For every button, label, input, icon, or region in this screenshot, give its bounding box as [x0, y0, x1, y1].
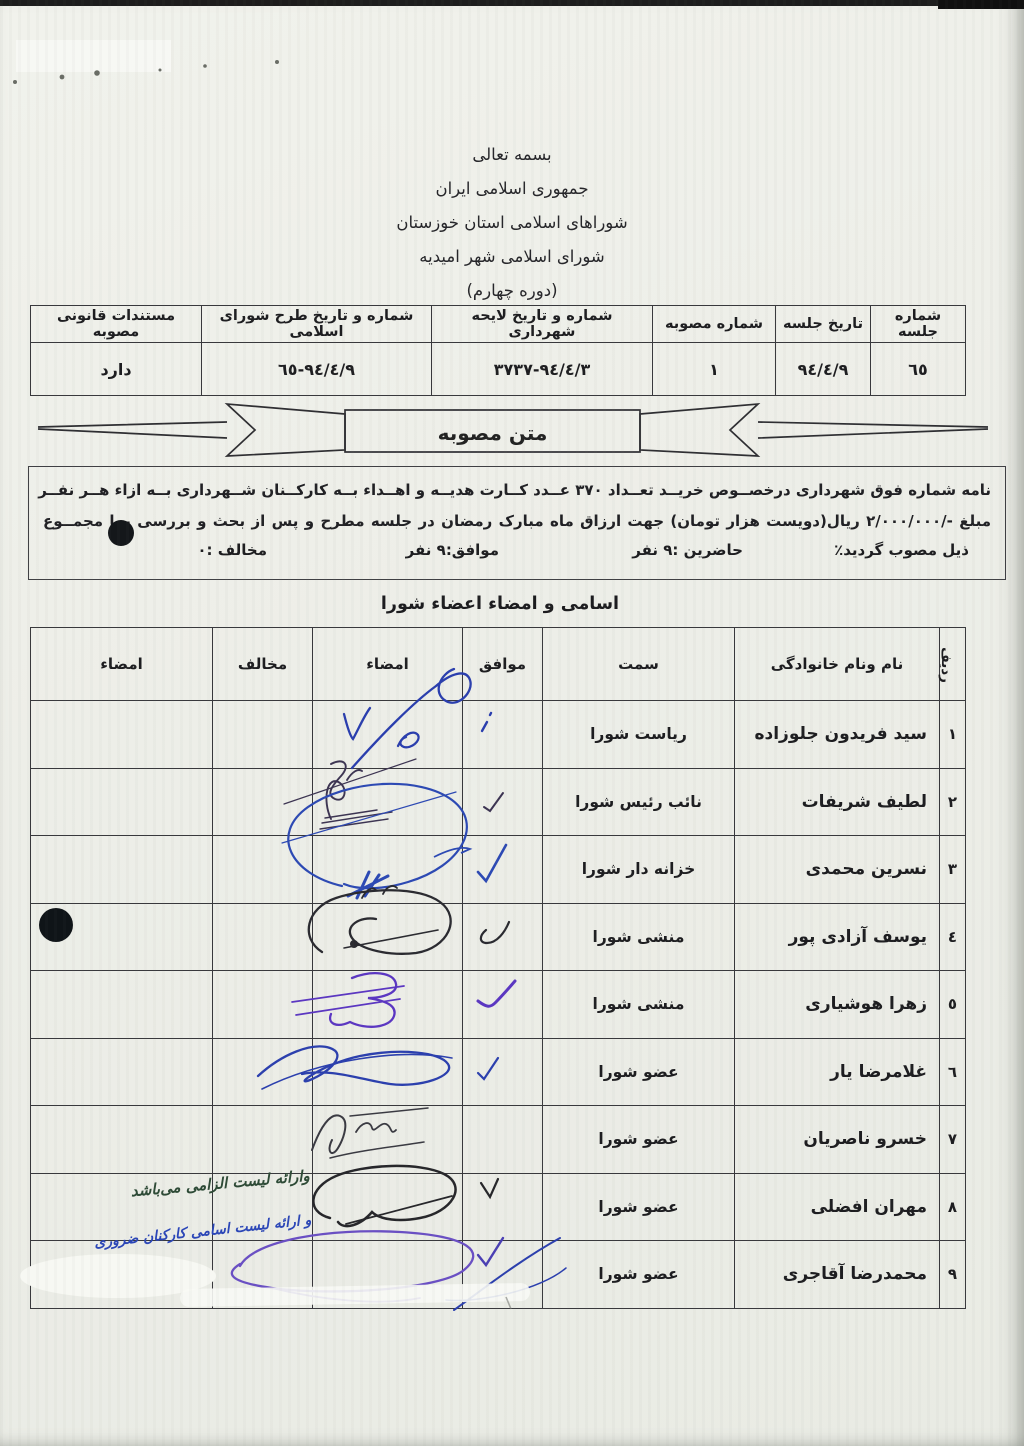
scan-top-right-mark: [938, 0, 1024, 9]
info-value-row: ٦٥ ٩٤/٤/٩ ١ ٩٤/٤/٣-٣٧٣٧ ٩٤/٤/٩-٦٥ دارد: [31, 343, 966, 396]
session-no-value: ٦٥: [871, 343, 966, 396]
info-header-row: شماره جلسه تاریخ جلسه شماره مصوبه شماره …: [31, 306, 966, 343]
member-position: خزانه دار شورا: [543, 836, 735, 904]
bismillah-line: بسمه تعالی: [0, 138, 1024, 172]
member-name: خسرو ناصریان: [735, 1106, 940, 1174]
signature-cell: [313, 1241, 463, 1309]
agree-cell: [463, 1038, 543, 1106]
member-name: محمدرضا آقاجری: [735, 1241, 940, 1309]
banner-left-chevron: [227, 404, 345, 456]
session-no-header: شماره جلسه: [871, 306, 966, 343]
signature2-cell: [31, 1106, 213, 1174]
vote-stats-line: ذیل مصوب گردید٪ حاضرین :٩ نفر موافق:٩ نف…: [43, 537, 991, 567]
resolution-no-header: شماره مصوبه: [653, 306, 776, 343]
signature-cell: [313, 1173, 463, 1241]
bill-no-date-header: شماره و تاریخ لایحه شهرداری: [432, 306, 653, 343]
agree-cell: [463, 836, 543, 904]
oppose-cell: [213, 1038, 313, 1106]
republic-line: جمهوری اسلامی ایران: [0, 172, 1024, 206]
agree-header: موافق: [463, 628, 543, 701]
resolution-no-value: ١: [653, 343, 776, 396]
member-name: لطیف شریفات: [735, 768, 940, 836]
oppose-cell: [213, 903, 313, 971]
banner-left-tail: [38, 422, 227, 438]
votes-against-count: مخالف :٠: [197, 541, 267, 559]
member-row: ٤ یوسف آزادی پور منشی شورا: [31, 903, 966, 971]
member-row: ٧ خسرو ناصریان عضو شورا: [31, 1106, 966, 1174]
agree-cell: [463, 1241, 543, 1309]
signature-cell: [313, 1106, 463, 1174]
member-row: ٣ نسرین محمدی خزانه دار شورا: [31, 836, 966, 904]
member-position: منشی شورا: [543, 903, 735, 971]
province-council-line: شوراهای اسلامی استان خوزستان: [0, 206, 1024, 240]
member-position: عضو شورا: [543, 1173, 735, 1241]
oppose-cell: [213, 836, 313, 904]
members-section-title: اسامی و امضاء اعضاء شورا: [0, 594, 1000, 614]
row-no: ٨: [940, 1173, 966, 1241]
member-name: مهران افضلی: [735, 1173, 940, 1241]
term-line: (دوره چهارم): [0, 274, 1024, 308]
scan-top-edge: [0, 0, 1024, 6]
agree-cell: [463, 701, 543, 769]
row-no: ٩: [940, 1241, 966, 1309]
member-position: نائب رئیس شورا: [543, 768, 735, 836]
resolution-closing: ذیل مصوب گردید٪: [834, 541, 969, 559]
member-name: غلامرضا یار: [735, 1038, 940, 1106]
city-council-line: شورای اسلامی شهر امیدیه: [0, 240, 1024, 274]
staple-specks: [13, 60, 279, 84]
member-name: یوسف آزادی پور: [735, 903, 940, 971]
banner-right-chevron: [640, 404, 758, 456]
agree-cell: [463, 1106, 543, 1174]
session-date-value: ٩٤/٤/٩: [776, 343, 871, 396]
signature2-header: امضاء: [31, 628, 213, 701]
member-row: ٢ لطیف شریفات نائب رئیس شورا: [31, 768, 966, 836]
member-position: ریاست شورا: [543, 701, 735, 769]
signature-cell: [313, 836, 463, 904]
member-name: زهرا هوشیاری: [735, 971, 940, 1039]
signature2-cell: [31, 1173, 213, 1241]
oppose-cell: [213, 1173, 313, 1241]
resolution-text-box: نامه شماره فوق شهرداری درخصــوص خریــد ت…: [28, 466, 1006, 580]
signature-cell: [313, 1038, 463, 1106]
bill-no-date-value: ٩٤/٤/٣-٣٧٣٧: [432, 343, 653, 396]
signature2-cell: [31, 836, 213, 904]
plan-no-date-header: شماره و تاریخ طرح شورای اسلامی: [202, 306, 432, 343]
member-row: ٩ محمدرضا آقاجری عضو شورا: [31, 1241, 966, 1309]
row-no: ٦: [940, 1038, 966, 1106]
signature-cell: [313, 768, 463, 836]
row-no: ٢: [940, 768, 966, 836]
position-header: سمت: [543, 628, 735, 701]
row-no: ٧: [940, 1106, 966, 1174]
attendees-count: حاضرین :٩ نفر: [632, 541, 743, 559]
signature2-cell: [31, 701, 213, 769]
member-row: ١ سید فریدون جلوزاده ریاست شورا: [31, 701, 966, 769]
member-name: سید فریدون جلوزاده: [735, 701, 940, 769]
oppose-cell: [213, 701, 313, 769]
signature-cell: [313, 971, 463, 1039]
resolution-info-table: شماره جلسه تاریخ جلسه شماره مصوبه شماره …: [30, 305, 966, 396]
scanned-resolution-document: بسمه تعالی جمهوری اسلامی ایران شوراهای ا…: [0, 0, 1024, 1446]
signature2-cell: [31, 903, 213, 971]
signature2-cell: [31, 768, 213, 836]
member-position: عضو شورا: [543, 1241, 735, 1309]
signature-header: امضاء: [313, 628, 463, 701]
banner-title: متن مصوبه: [345, 414, 640, 452]
row-no: ١: [940, 701, 966, 769]
members-signature-table: ردیف نام ونام خانوادگی سمت موافق امضاء م…: [30, 627, 966, 1309]
row-no: ٣: [940, 836, 966, 904]
resolution-line-1: نامه شماره فوق شهرداری درخصــوص خریــد ت…: [43, 475, 991, 506]
member-position: عضو شورا: [543, 1106, 735, 1174]
legal-docs-value: دارد: [31, 343, 202, 396]
session-date-header: تاریخ جلسه: [776, 306, 871, 343]
signature-cell: [313, 903, 463, 971]
member-name: نسرین محمدی: [735, 836, 940, 904]
member-position: منشی شورا: [543, 971, 735, 1039]
oppose-cell: [213, 971, 313, 1039]
oppose-header: مخالف: [213, 628, 313, 701]
agree-cell: [463, 903, 543, 971]
agree-cell: [463, 768, 543, 836]
oppose-cell: [213, 1106, 313, 1174]
member-row: ٥ زهرا هوشیاری منشی شورا: [31, 971, 966, 1039]
legal-docs-header: مستندات قانونی مصوبه: [31, 306, 202, 343]
row-no-header: ردیف: [940, 628, 966, 701]
name-header: نام ونام خانوادگی: [735, 628, 940, 701]
members-header-row: ردیف نام ونام خانوادگی سمت موافق امضاء م…: [31, 628, 966, 701]
row-no: ٥: [940, 971, 966, 1039]
member-row: ٨ مهران افضلی عضو شورا: [31, 1173, 966, 1241]
oppose-cell: [213, 1241, 313, 1309]
agree-cell: [463, 1173, 543, 1241]
votes-for-count: موافق:٩ نفر: [406, 541, 499, 559]
resolution-line-2: مبلغ -/٢/٠٠٠/٠٠٠ ریال(دویست هزار تومان) …: [43, 506, 991, 537]
member-row: ٦ غلامرضا یار عضو شورا: [31, 1038, 966, 1106]
agree-cell: [463, 971, 543, 1039]
letterhead: بسمه تعالی جمهوری اسلامی ایران شوراهای ا…: [0, 138, 1024, 308]
banner-right-tail: [758, 422, 988, 438]
member-position: عضو شورا: [543, 1038, 735, 1106]
row-no: ٤: [940, 903, 966, 971]
signature2-cell: [31, 1038, 213, 1106]
oppose-cell: [213, 768, 313, 836]
signature-cell: [313, 701, 463, 769]
plan-no-date-value: ٩٤/٤/٩-٦٥: [202, 343, 432, 396]
signature2-cell: [31, 1241, 213, 1309]
tape-mark: [16, 40, 171, 72]
signature2-cell: [31, 971, 213, 1039]
